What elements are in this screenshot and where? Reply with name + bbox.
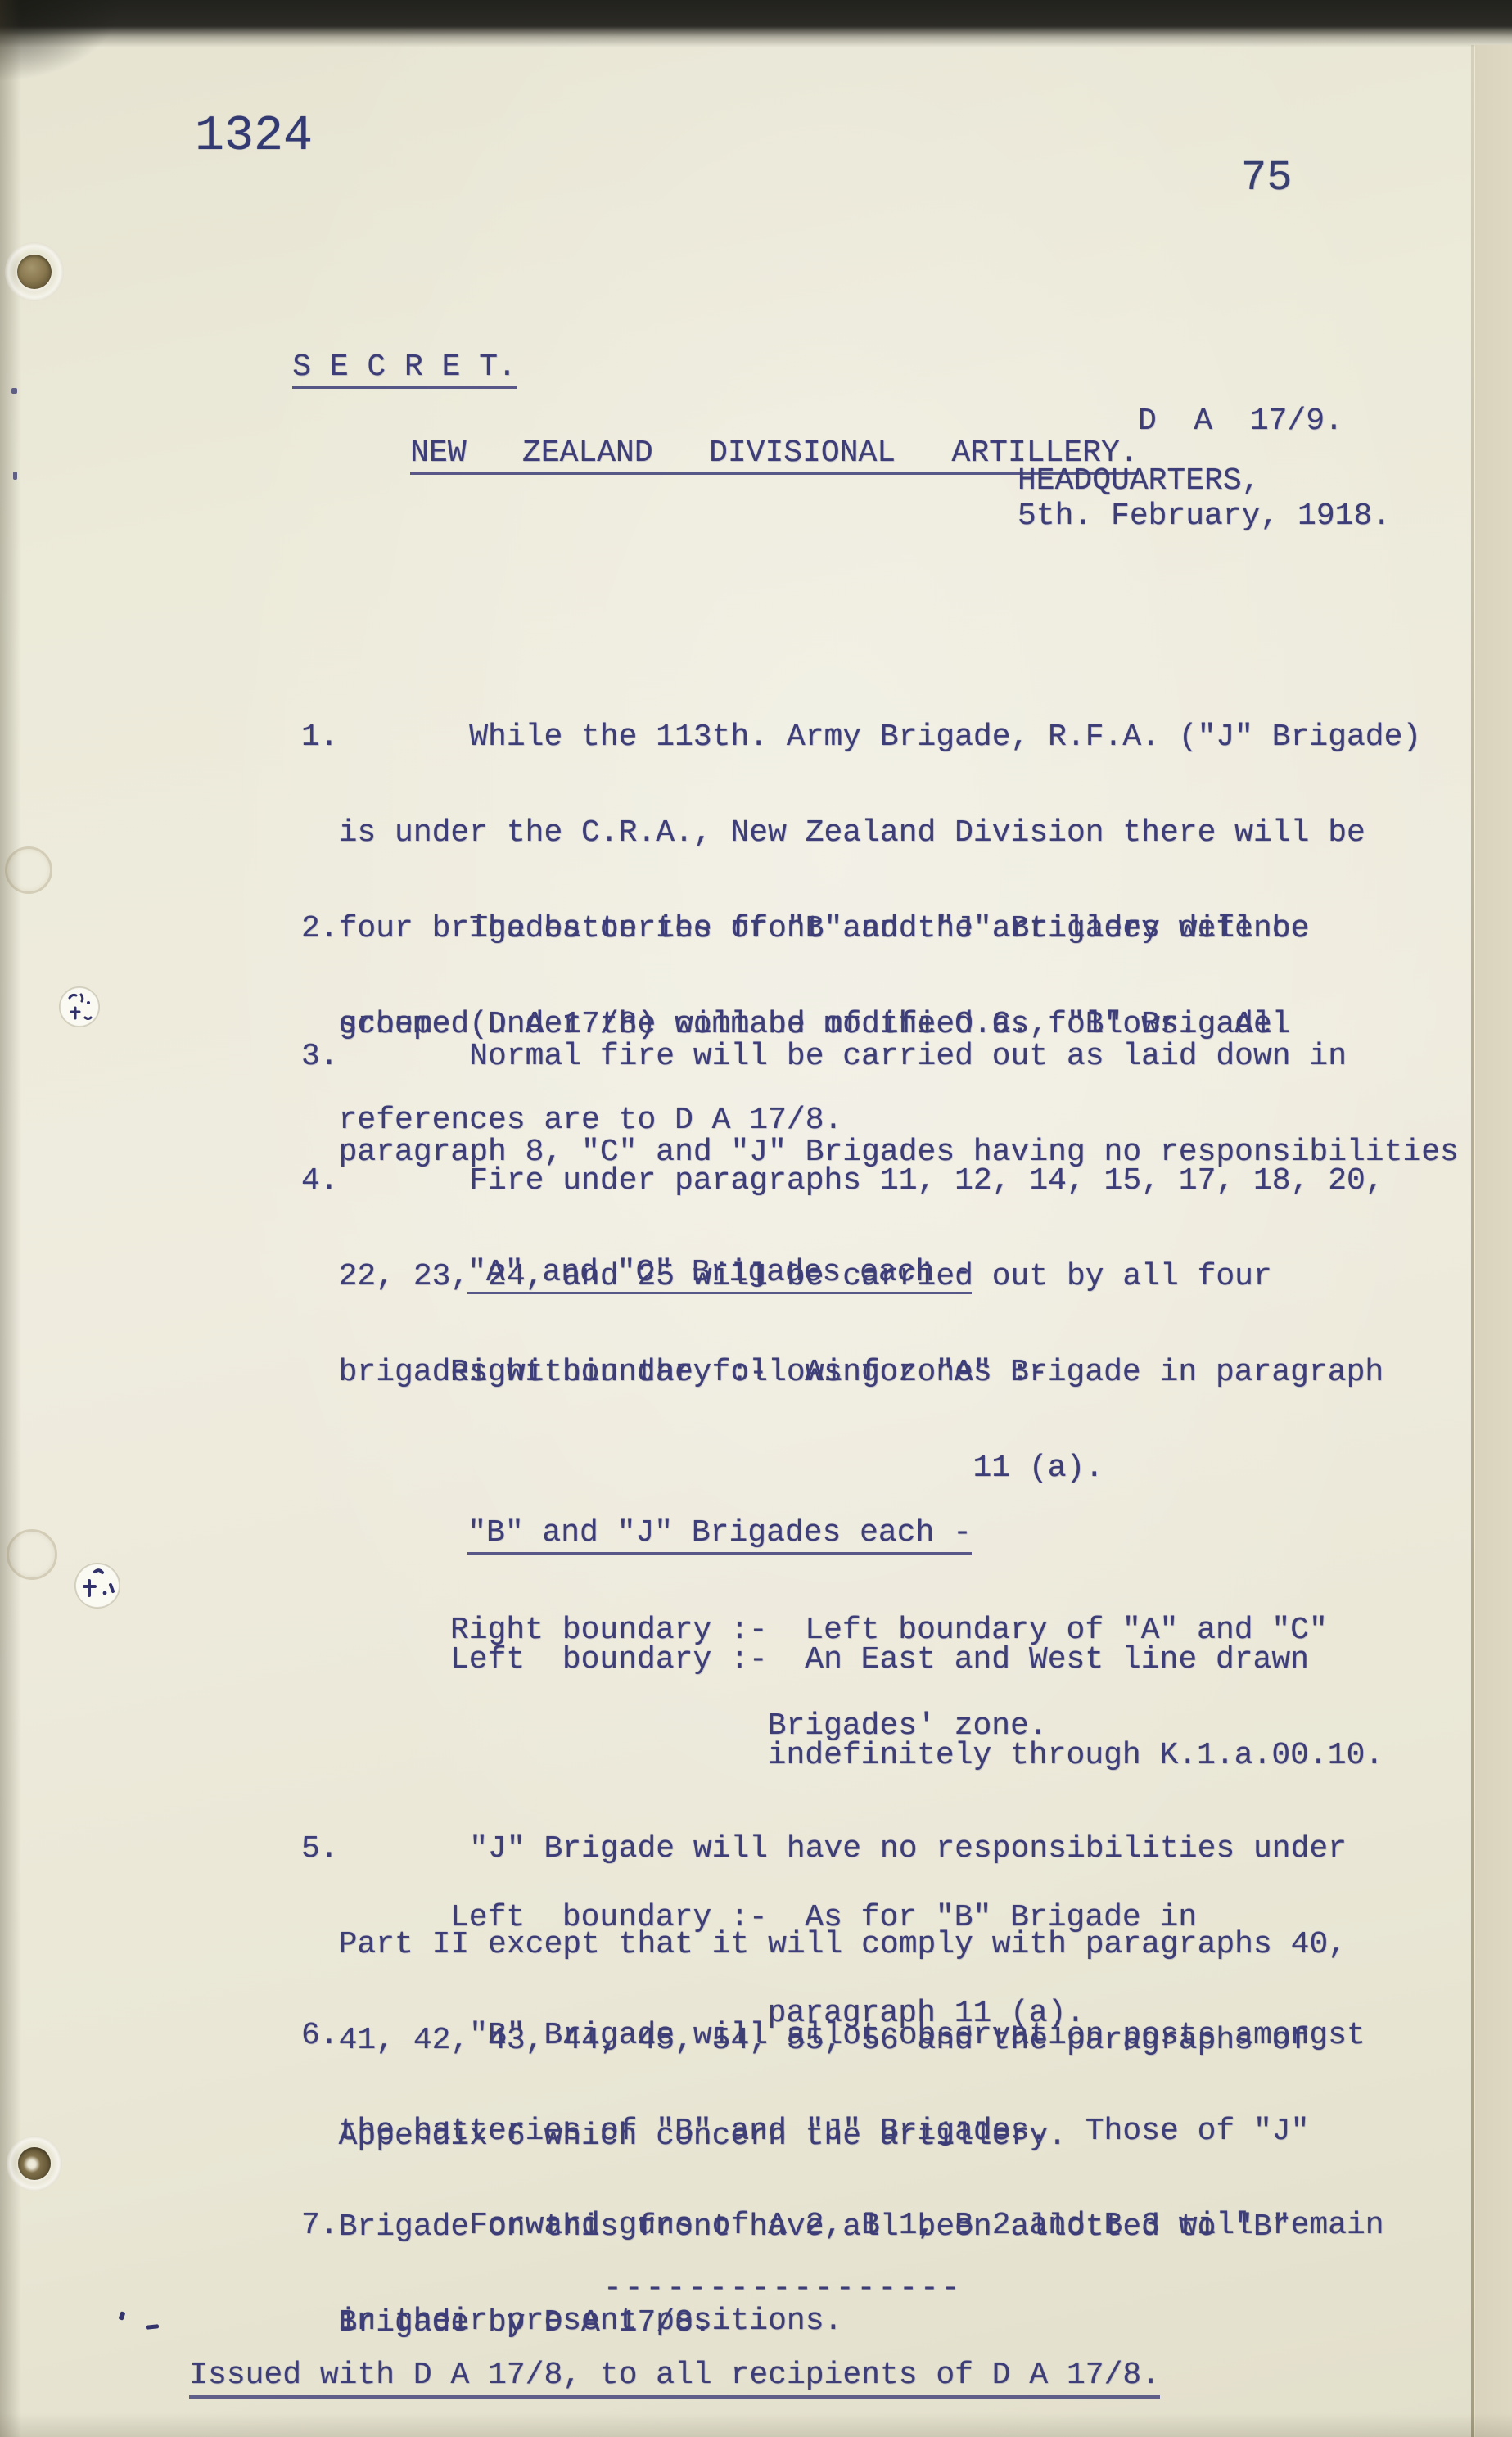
ink-speck xyxy=(11,388,17,394)
subheading-ac-text: "A" and "C" Brigades each - xyxy=(467,1255,972,1294)
boundary-line: Right boundary :- As for "A" Brigade in … xyxy=(450,1356,1383,1388)
punch-hole xyxy=(18,2147,51,2180)
page-number: 75 xyxy=(1241,157,1292,200)
paragraph-line: 6. "B" Brigade will allot observation po… xyxy=(301,2020,1365,2051)
stamp-number: 1324 xyxy=(195,112,313,161)
paragraph-line: 7. Forward guns of A 2, B 1, B 2 and B 3… xyxy=(301,2209,1384,2241)
paragraph-line: the batteries of "B" and "J" Brigades. T… xyxy=(301,2115,1365,2147)
footer-note: Issued with D A 17/8, to all recipients … xyxy=(115,2327,1160,2423)
classification-text: S E C R E T. xyxy=(292,350,517,389)
paragraph-line: is under the C.R.A., New Zealand Divisio… xyxy=(301,817,1421,849)
scan-left-shadow xyxy=(0,0,21,2437)
boundary-line: Right boundary :- Left boundary of "A" a… xyxy=(450,1614,1328,1646)
ink-mark xyxy=(119,2311,126,2320)
classification: S E C R E T. xyxy=(218,319,517,415)
date-line: 5th. February, 1918. xyxy=(1018,500,1391,532)
page-right-edge xyxy=(1475,45,1512,2437)
punch-hole xyxy=(17,255,52,289)
boundary-line: Brigades' zone. xyxy=(450,1710,1328,1742)
paragraph-line: 2. The batteries of "B" and "J" Brigades… xyxy=(301,913,1309,945)
document-page: 1324 75 S E C R E T. NEW ZEALAND DIVISIO… xyxy=(0,0,1512,2437)
page-right-edge-line xyxy=(1471,45,1474,2437)
boundary-line: 11 (a). xyxy=(450,1452,1383,1484)
subheading-bj-text: "B" and "J" Brigades each - xyxy=(467,1515,972,1555)
footer-note-text: Issued with D A 17/8, to all recipients … xyxy=(189,2358,1160,2399)
paragraph-line: 5. "J" Brigade will have no responsibili… xyxy=(301,1833,1347,1865)
paragraph-line: 1. While the 113th. Army Brigade, R.F.A.… xyxy=(301,721,1421,753)
reinforcement-circle xyxy=(59,986,100,1027)
punch-hole-ghost xyxy=(7,1529,57,1580)
paragraph-line: 3. Normal fire will be carried out as la… xyxy=(301,1040,1459,1072)
paragraph-line: 4. Fire under paragraphs 11, 12, 14, 15,… xyxy=(301,1165,1384,1197)
punch-hole-ghost xyxy=(5,846,52,894)
headquarters-line: HEADQUARTERS, xyxy=(1018,465,1260,497)
reinforcement-circle xyxy=(74,1562,121,1609)
scan-top-edge xyxy=(0,0,1512,47)
separator-dashes: ----------------- xyxy=(603,2272,963,2304)
ink-speck xyxy=(13,472,17,480)
doc-reference: D A 17/9. xyxy=(1138,405,1343,437)
